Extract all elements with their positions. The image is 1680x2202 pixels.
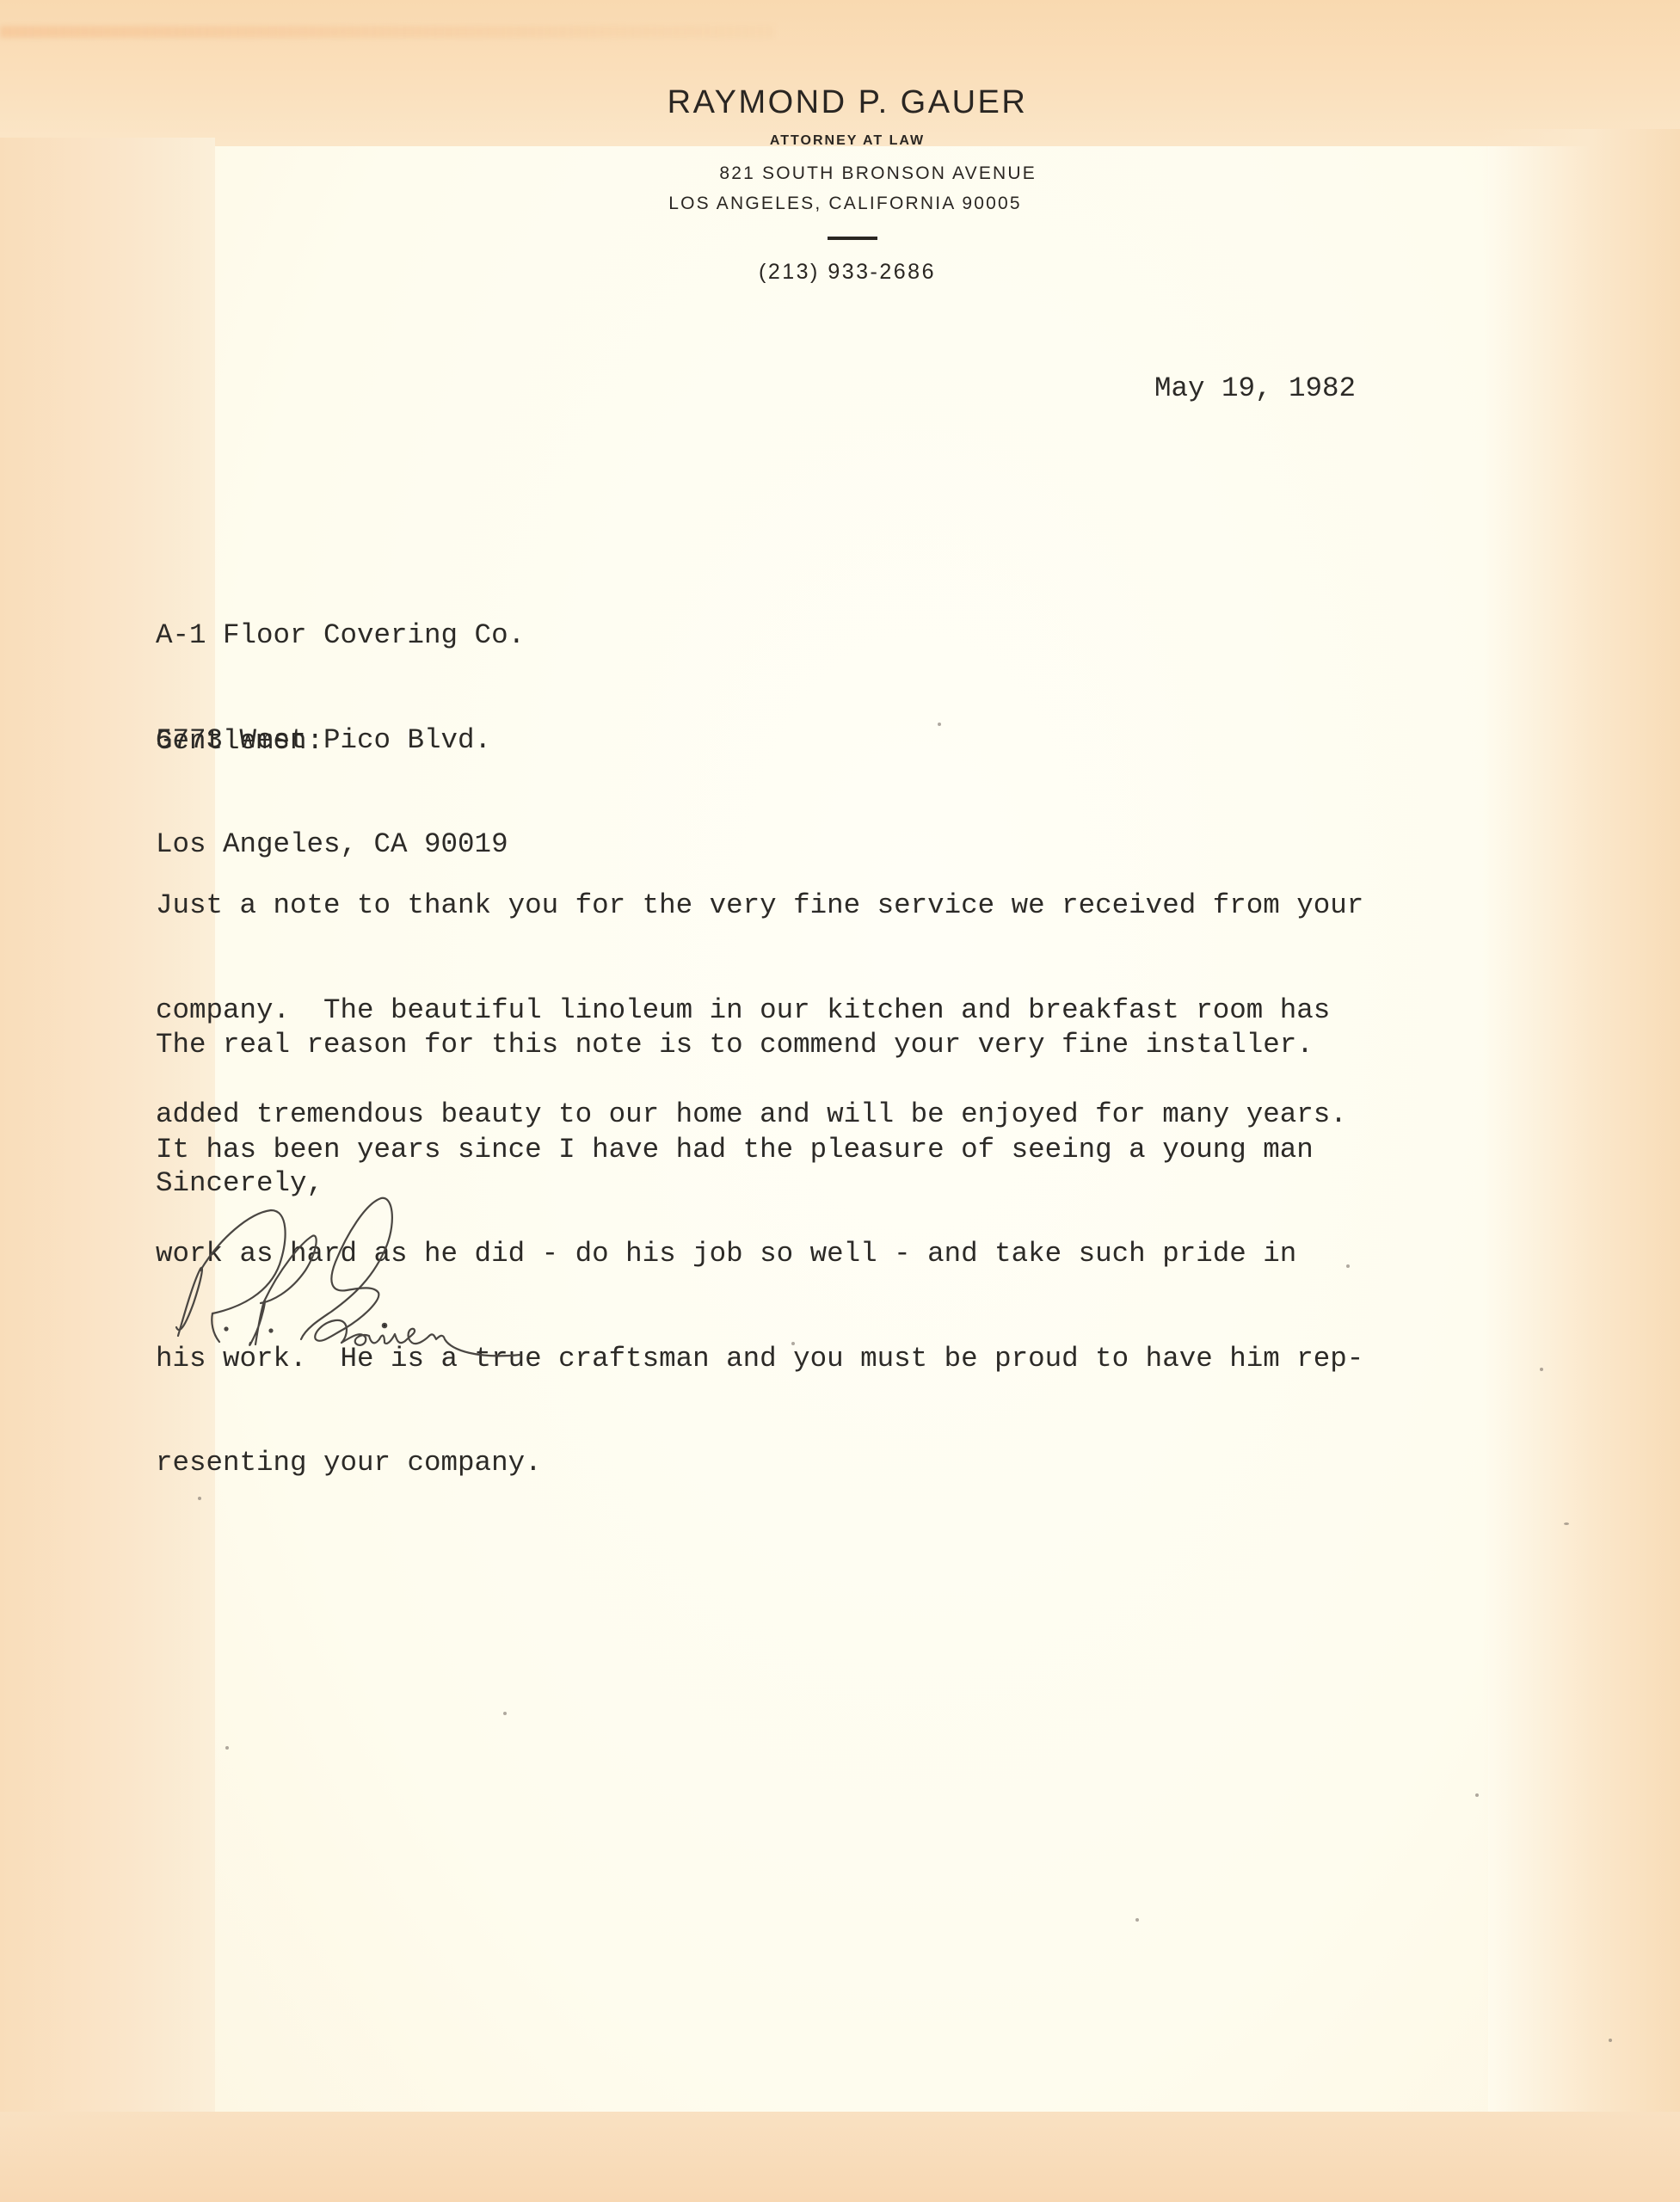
letterhead-street: 821 SOUTH BRONSON AVENUE — [688, 163, 1037, 184]
paper-speck — [1564, 1522, 1569, 1525]
letterhead-phone: (213) 933-2686 — [740, 260, 955, 285]
paragraph-line: The real reason for this note is to comm… — [156, 1028, 1363, 1063]
paper-toning-bottom — [0, 2112, 1680, 2202]
paragraph-line: It has been years since I have had the p… — [156, 1133, 1363, 1168]
salutation: Gentlemen: — [156, 724, 323, 760]
letterhead-name: RAYMOND P. GAUER — [654, 84, 1041, 121]
recipient-line: A-1 Floor Covering Co. — [156, 618, 525, 654]
paragraph-line: Just a note to thank you for the very fi… — [156, 889, 1363, 924]
letterhead-title: ATTORNEY AT LAW — [654, 133, 1041, 149]
paper-speck — [503, 1712, 507, 1715]
paper-speck — [938, 723, 941, 726]
paper-speck — [1540, 1368, 1543, 1371]
letterhead-city: LOS ANGELES, CALIFORNIA 90005 — [649, 194, 1041, 214]
paper-speck — [1475, 1793, 1479, 1797]
paper-speck — [791, 1342, 795, 1345]
paper-toning-top — [0, 0, 1680, 146]
paragraph-line: resenting your company. — [156, 1446, 1363, 1481]
letterhead-divider — [828, 237, 877, 240]
paper-speck — [1135, 1918, 1139, 1922]
paper-toning-right — [1482, 129, 1680, 2202]
paper-speck — [1609, 2039, 1612, 2042]
letter-date: May 19, 1982 — [1154, 372, 1356, 407]
signature — [159, 1191, 546, 1381]
paper-stain — [0, 26, 774, 38]
paper-speck — [1346, 1264, 1350, 1268]
paper-speck — [198, 1497, 201, 1500]
paper-speck — [225, 1746, 229, 1750]
